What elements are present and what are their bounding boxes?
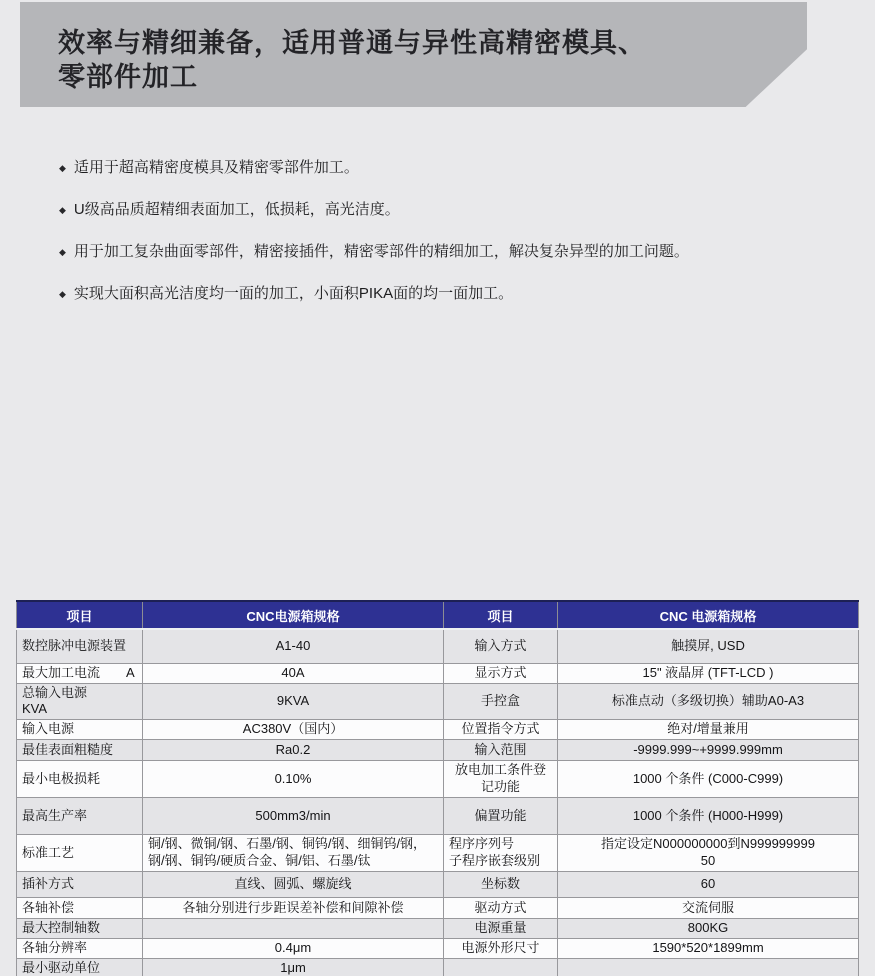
spec-value: 60 bbox=[558, 872, 859, 898]
spec-value bbox=[143, 919, 444, 939]
spec-value: 铜/钢、微铜/钢、石墨/钢、铜钨/钢、细铜钨/钢， 钢/钢、铜钨/硬质合金、铜/… bbox=[143, 835, 444, 872]
page-title-line2: 零部件加工 bbox=[58, 60, 807, 94]
spec-value: 1μm bbox=[143, 958, 444, 976]
row-label: 最大控制轴数 bbox=[17, 919, 143, 939]
row-label: 手控盒 bbox=[444, 683, 558, 720]
row-label: 位置指令方式 bbox=[444, 720, 558, 740]
table-row: 最佳表面粗糙度 Ra0.2 输入范围 -9999.999~+9999.999mm bbox=[17, 740, 859, 761]
spec-value: 指定设定N000000000到N999999999 50 bbox=[558, 835, 859, 872]
row-label: 最小电极损耗 bbox=[17, 761, 143, 798]
row-label: 输入范围 bbox=[444, 740, 558, 761]
row-label: 放电加工条件登记功能 bbox=[444, 761, 558, 798]
row-label: 偏置功能 bbox=[444, 798, 558, 835]
row-label: 坐标数 bbox=[444, 872, 558, 898]
table-row: 最大控制轴数 电源重量 800KG bbox=[17, 919, 859, 939]
page: { "colors": { "page_bg": "#e9e9eb", "ban… bbox=[0, 0, 875, 976]
spec-value: 触摸屏, USD bbox=[558, 629, 859, 663]
spec-value: Ra0.2 bbox=[143, 740, 444, 761]
row-label: 输入方式 bbox=[444, 629, 558, 663]
feature-text: 实现大面积高光洁度均一面的加工，小面积PIKA面的均一面加工。 bbox=[74, 286, 513, 302]
table-row: 总输入电源 KVA 9KVA 手控盒 标准点动（多级切换）辅助A0-A3 bbox=[17, 683, 859, 720]
table-row: 数控脉冲电源装置 A1-40 输入方式 触摸屏, USD bbox=[17, 629, 859, 663]
spec-value bbox=[558, 958, 859, 976]
col-header-item-left: 项目 bbox=[17, 601, 143, 629]
diamond-bullet-icon: ◆ bbox=[59, 244, 66, 260]
row-label: 电源外形尺寸 bbox=[444, 938, 558, 958]
feature-text: 用于加工复杂曲面零部件，精密接插件，精密零部件的精细加工，解决复杂异型的加工问题… bbox=[74, 244, 689, 260]
spec-value: -9999.999~+9999.999mm bbox=[558, 740, 859, 761]
feature-list: ◆ 适用于超高精密度模具及精密零部件加工。 ◆ U级高品质超精细表面加工，低损耗… bbox=[59, 160, 849, 328]
table-header-row: 项目 CNC电源箱规格 项目 CNC 电源箱规格 bbox=[17, 601, 859, 629]
spec-value: AC380V（国内） bbox=[143, 720, 444, 740]
row-label: 输入电源 bbox=[17, 720, 143, 740]
diamond-bullet-icon: ◆ bbox=[59, 160, 66, 176]
row-label: 标准工艺 bbox=[17, 835, 143, 872]
table-row: 各轴补偿 各轴分别进行步距误差补偿和间隙补偿 驱动方式 交流伺服 bbox=[17, 898, 859, 919]
spec-value: 800KG bbox=[558, 919, 859, 939]
row-label: 数控脉冲电源装置 bbox=[17, 629, 143, 663]
feature-text: 适用于超高精密度模具及精密零部件加工。 bbox=[74, 160, 359, 176]
diamond-bullet-icon: ◆ bbox=[59, 202, 66, 218]
row-label: 总输入电源 KVA bbox=[17, 683, 143, 720]
spec-value: 绝对/增量兼用 bbox=[558, 720, 859, 740]
spec-value: 15" 液晶屏 (TFT-LCD ) bbox=[558, 663, 859, 683]
spec-value: 交流伺服 bbox=[558, 898, 859, 919]
row-label: 显示方式 bbox=[444, 663, 558, 683]
spec-value: 1000 个条件 (H000-H999) bbox=[558, 798, 859, 835]
feature-item: ◆ U级高品质超精细表面加工，低损耗，高光洁度。 bbox=[59, 202, 849, 218]
table-row: 最小驱动单位 1μm bbox=[17, 958, 859, 976]
col-header-spec-left: CNC电源箱规格 bbox=[143, 601, 444, 629]
table-row: 最大加工电流 A 40A 显示方式 15" 液晶屏 (TFT-LCD ) bbox=[17, 663, 859, 683]
diamond-bullet-icon: ◆ bbox=[59, 286, 66, 302]
spec-value: 500mm3/min bbox=[143, 798, 444, 835]
spec-table: 项目 CNC电源箱规格 项目 CNC 电源箱规格 数控脉冲电源装置 A1-40 … bbox=[16, 600, 859, 976]
spec-value: A1-40 bbox=[143, 629, 444, 663]
header-banner-inner: 效率与精细兼备，适用普通与异性高精密模具、 零部件加工 bbox=[20, 2, 807, 94]
col-header-item-right: 项目 bbox=[444, 601, 558, 629]
spec-value: 9KVA bbox=[143, 683, 444, 720]
feature-item: ◆ 实现大面积高光洁度均一面的加工，小面积PIKA面的均一面加工。 bbox=[59, 286, 849, 302]
spec-value: 直线、圆弧、螺旋线 bbox=[143, 872, 444, 898]
row-label: 最高生产率 bbox=[17, 798, 143, 835]
feature-text: U级高品质超精细表面加工，低损耗，高光洁度。 bbox=[74, 202, 400, 218]
table-row: 输入电源 AC380V（国内） 位置指令方式 绝对/增量兼用 bbox=[17, 720, 859, 740]
spec-value: 标准点动（多级切换）辅助A0-A3 bbox=[558, 683, 859, 720]
spec-value: 0.10% bbox=[143, 761, 444, 798]
feature-item: ◆ 适用于超高精密度模具及精密零部件加工。 bbox=[59, 160, 849, 176]
table-row: 标准工艺 铜/钢、微铜/钢、石墨/钢、铜钨/钢、细铜钨/钢， 钢/钢、铜钨/硬质… bbox=[17, 835, 859, 872]
table-row: 最小电极损耗 0.10% 放电加工条件登记功能 1000 个条件 (C000-C… bbox=[17, 761, 859, 798]
spec-value: 40A bbox=[143, 663, 444, 683]
spec-value: 各轴分别进行步距误差补偿和间隙补偿 bbox=[143, 898, 444, 919]
spec-value: 1590*520*1899mm bbox=[558, 938, 859, 958]
row-label: 驱动方式 bbox=[444, 898, 558, 919]
spec-value: 1000 个条件 (C000-C999) bbox=[558, 761, 859, 798]
row-label: 程序序列号 子程序嵌套级别 bbox=[444, 835, 558, 872]
page-title-line1: 效率与精细兼备，适用普通与异性高精密模具、 bbox=[58, 26, 807, 60]
spec-value: 0.4μm bbox=[143, 938, 444, 958]
table-row: 最高生产率 500mm3/min 偏置功能 1000 个条件 (H000-H99… bbox=[17, 798, 859, 835]
row-label: 电源重量 bbox=[444, 919, 558, 939]
header-banner: 效率与精细兼备，适用普通与异性高精密模具、 零部件加工 bbox=[20, 2, 807, 107]
feature-item: ◆ 用于加工复杂曲面零部件，精密接插件，精密零部件的精细加工，解决复杂异型的加工… bbox=[59, 244, 849, 260]
row-label: 插补方式 bbox=[17, 872, 143, 898]
row-label: 最小驱动单位 bbox=[17, 958, 143, 976]
row-label: 各轴补偿 bbox=[17, 898, 143, 919]
row-label: 最大加工电流 A bbox=[17, 663, 143, 683]
table-row: 插补方式 直线、圆弧、螺旋线 坐标数 60 bbox=[17, 872, 859, 898]
row-label bbox=[444, 958, 558, 976]
col-header-spec-right: CNC 电源箱规格 bbox=[558, 601, 859, 629]
table-row: 各轴分辨率 0.4μm 电源外形尺寸 1590*520*1899mm bbox=[17, 938, 859, 958]
row-label: 最佳表面粗糙度 bbox=[17, 740, 143, 761]
row-label: 各轴分辨率 bbox=[17, 938, 143, 958]
